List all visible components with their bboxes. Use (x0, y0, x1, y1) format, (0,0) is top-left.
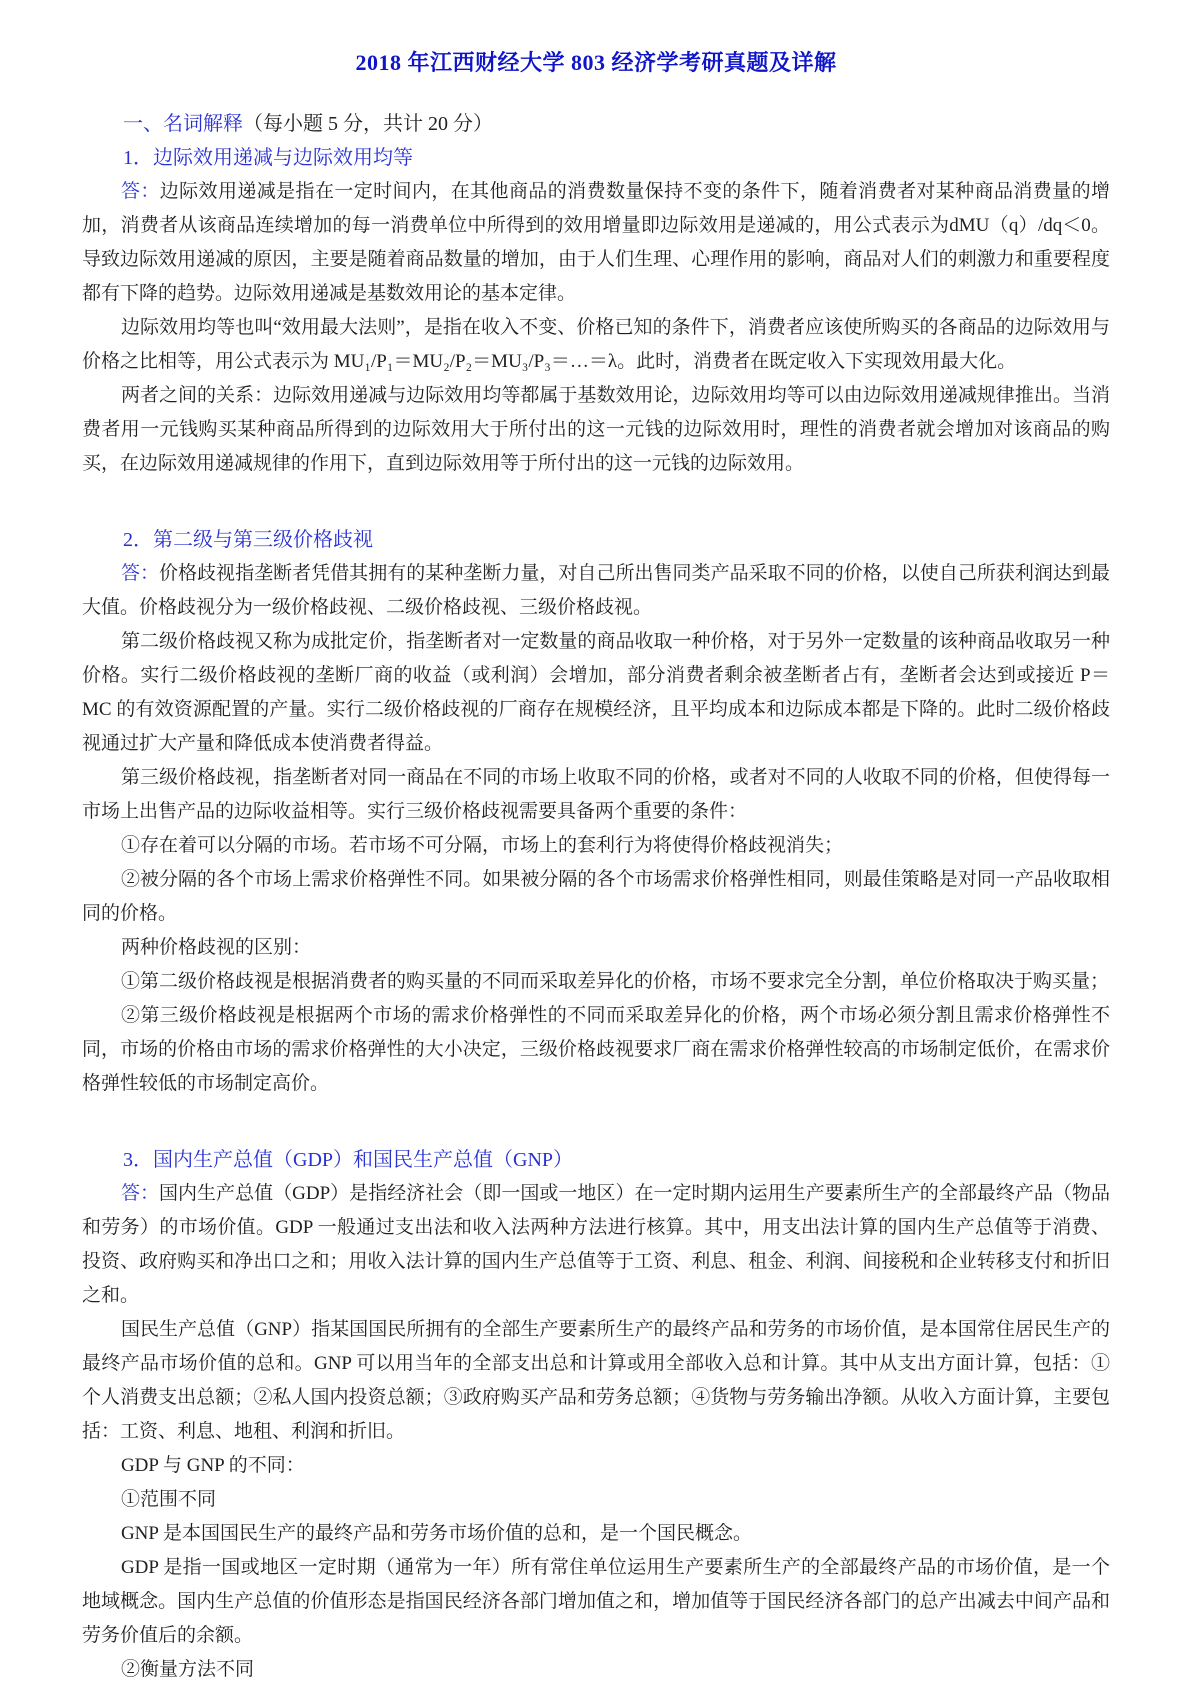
text-run: ①存在着可以分隔的市场。若市场不可分隔，市场上的套利行为将使得价格歧视消失； (121, 835, 843, 856)
text-run: 2．第二级与第三级价格歧视 (123, 529, 373, 551)
text-run: 3．国内生产总值（GDP）和国民生产总值（GNP） (123, 1149, 573, 1171)
paragraph: 答：边际效用递减是指在一定时间内，在其他商品的消费数量保持不变的条件下，随着消费… (82, 175, 1110, 311)
question-heading: 1．边际效用递减与边际效用均等 (82, 141, 1110, 175)
paragraph: 国民生产总值（GNP）指某国国民所拥有的全部生产要素所生产的最终产品和劳务的市场… (82, 1313, 1110, 1449)
paragraph: GDP 与 GNP 的不同： (82, 1449, 1110, 1483)
text-run: ②衡量方法不同 (121, 1659, 254, 1680)
document-body: 一、名词解释（每小题 5 分，共计 20 分）1．边际效用递减与边际效用均等答：… (82, 107, 1110, 1683)
text-run: （每小题 5 分，共计 20 分） (243, 113, 493, 135)
text-run: 价格歧视指垄断者凭借其拥有的某种垄断力量，对自己所出售同类产品采取不同的价格，以… (82, 563, 1110, 618)
text-run: GDP 是指一国或地区一定时期（通常为一年）所有常住单位运用生产要素所生产的全部… (82, 1557, 1110, 1646)
text-run: 1．边际效用递减与边际效用均等 (123, 147, 413, 169)
paragraph: GNP 是本国国民生产的最终产品和劳务市场价值的总和，是一个国民概念。 (82, 1517, 1110, 1551)
answer-label: 答： (121, 181, 160, 202)
paragraph: 答：国内生产总值（GDP）是指经济社会（即一国或一地区）在一定时期内运用生产要素… (82, 1177, 1110, 1313)
paragraph: 第三级价格歧视，指垄断者对同一商品在不同的市场上收取不同的价格，或者对不同的人收… (82, 761, 1110, 829)
paragraph: 第二级价格歧视又称为成批定价，指垄断者对一定数量的商品收取一种价格，对于另外一定… (82, 625, 1110, 761)
question-heading: 2．第二级与第三级价格歧视 (82, 523, 1110, 557)
text-run: 国内生产总值（GDP）是指经济社会（即一国或一地区）在一定时期内运用生产要素所生… (82, 1183, 1110, 1306)
text-run: 两种价格歧视的区别： (121, 937, 311, 958)
text-run: 边际效用递减是指在一定时间内，在其他商品的消费数量保持不变的条件下，随着消费者对… (82, 181, 1110, 304)
section-heading: 一、名词解释（每小题 5 分，共计 20 分） (82, 107, 1110, 141)
paragraph: ②第三级价格歧视是根据两个市场的需求价格弹性的不同而采取差异化的价格，两个市场必… (82, 999, 1110, 1101)
text-run: 边际效用均等也叫“效用最大法则”，是指在收入不变、价格已知的条件下，消费者应该使… (82, 317, 1110, 372)
paragraph: 两种价格歧视的区别： (82, 931, 1110, 965)
text-run: 国民生产总值（GNP）指某国国民所拥有的全部生产要素所生产的最终产品和劳务的市场… (82, 1319, 1110, 1442)
text-run: 两者之间的关系：边际效用递减与边际效用均等都属于基数效用论，边际效用均等可以由边… (82, 385, 1110, 474)
text-run: ②被分隔的各个市场上需求价格弹性不同。如果被分隔的各个市场需求价格弹性相同，则最… (82, 869, 1110, 924)
answer-label: 答： (121, 563, 159, 584)
paragraph: ②衡量方法不同 (82, 1653, 1110, 1683)
paragraph: 两者之间的关系：边际效用递减与边际效用均等都属于基数效用论，边际效用均等可以由边… (82, 379, 1110, 481)
paragraph: ①存在着可以分隔的市场。若市场不可分隔，市场上的套利行为将使得价格歧视消失； (82, 829, 1110, 863)
text-run: GDP 与 GNP 的不同： (121, 1455, 305, 1476)
page-title: 2018 年江西财经大学 803 经济学考研真题及详解 (82, 46, 1110, 77)
text-run: ①第二级价格歧视是根据消费者的购买量的不同而采取差异化的价格，市场不要求完全分割… (121, 971, 1109, 992)
paragraph: ②被分隔的各个市场上需求价格弹性不同。如果被分隔的各个市场需求价格弹性相同，则最… (82, 863, 1110, 931)
paragraph: 答：价格歧视指垄断者凭借其拥有的某种垄断力量，对自己所出售同类产品采取不同的价格… (82, 557, 1110, 625)
text-run: ①范围不同 (121, 1489, 216, 1510)
answer-label: 答： (121, 1183, 159, 1204)
section-label: 一、名词解释 (123, 113, 243, 135)
question-heading: 3．国内生产总值（GDP）和国民生产总值（GNP） (82, 1143, 1110, 1177)
paragraph: ①第二级价格歧视是根据消费者的购买量的不同而采取差异化的价格，市场不要求完全分割… (82, 965, 1110, 999)
text-run: GNP 是本国国民生产的最终产品和劳务市场价值的总和，是一个国民概念。 (121, 1523, 752, 1544)
paragraph: ①范围不同 (82, 1483, 1110, 1517)
text-run: 第二级价格歧视又称为成批定价，指垄断者对一定数量的商品收取一种价格，对于另外一定… (82, 631, 1110, 754)
paragraph: 边际效用均等也叫“效用最大法则”，是指在收入不变、价格已知的条件下，消费者应该使… (82, 311, 1110, 379)
paragraph: GDP 是指一国或地区一定时期（通常为一年）所有常住单位运用生产要素所生产的全部… (82, 1551, 1110, 1653)
text-run: 第三级价格歧视，指垄断者对同一商品在不同的市场上收取不同的价格，或者对不同的人收… (82, 767, 1110, 822)
page: 2018 年江西财经大学 803 经济学考研真题及详解 一、名词解释（每小题 5… (0, 0, 1190, 1683)
text-run: ②第三级价格歧视是根据两个市场的需求价格弹性的不同而采取差异化的价格，两个市场必… (82, 1005, 1110, 1094)
